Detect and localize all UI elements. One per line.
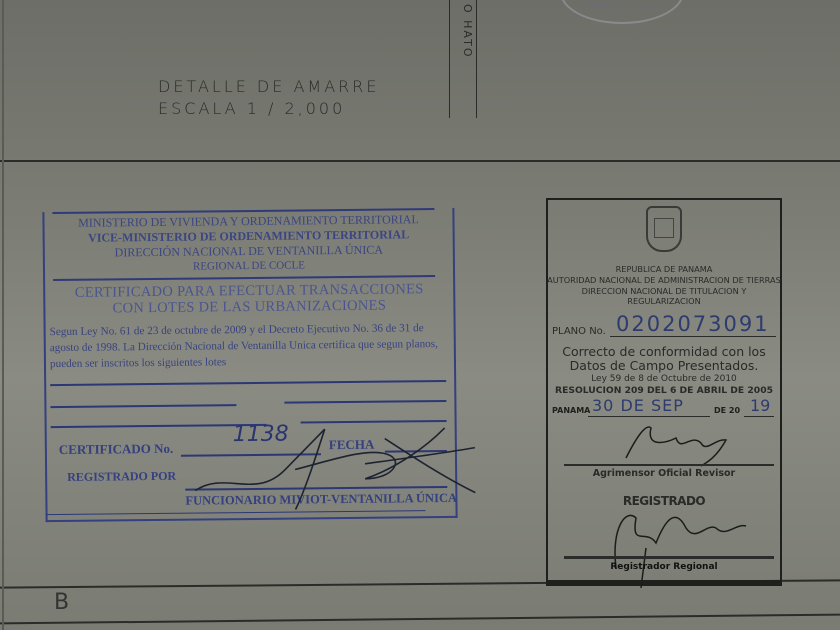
panama-label: PANAMA <box>552 406 590 415</box>
handwritten-letter: B <box>54 590 69 615</box>
drawing-border-top <box>0 160 840 162</box>
revisor-signature <box>606 418 746 468</box>
year-label: DE 20 <box>714 406 740 415</box>
top-seal-text: ENDA Y ORDENAMIE <box>588 2 659 10</box>
registrado-por-label: REGISTRADO POR <box>67 469 176 485</box>
registrador-signature <box>586 488 766 588</box>
revisor-label: Agrimensor Oficial Revisor <box>546 468 782 479</box>
certificate-body: Segun Ley No. 61 de 23 de octubre de 200… <box>50 320 448 372</box>
correcto-line-1: Correcto de conformidad con los <box>546 344 782 359</box>
date-line <box>588 416 710 417</box>
top-seal: ENDA Y ORDENAMIE <box>560 0 684 24</box>
certificado-label: CERTIFICADO No. <box>59 441 174 458</box>
plano-number: 0202073091 <box>616 312 770 336</box>
coat-of-arms-icon <box>646 206 682 252</box>
resolucion-label: RESOLUCION 209 DEL 6 DE ABRIL DE 2005 <box>546 385 782 396</box>
miviot-certificate-stamp: MINISTERIO DE VIVIENDA Y ORDENAMIENTO TE… <box>42 208 457 522</box>
year-line <box>744 416 774 417</box>
year-value: 19 <box>750 396 770 415</box>
escala-label: ESCALA 1 / 2,000 <box>158 98 379 120</box>
direccion-label: DIRECCION NACIONAL DE TITULACION Y REGUL… <box>546 286 782 306</box>
date-value: 30 DE SEP <box>592 396 684 415</box>
page-rule-2 <box>0 614 840 625</box>
ley-label: Ley 59 de 8 de Octubre de 2010 <box>546 374 782 384</box>
revisor-line <box>564 464 774 466</box>
republica-label: REPUBLICA DE PANAMA <box>546 264 782 274</box>
autoridad-label: AUTORIDAD NACIONAL DE ADMINISTRACION DE … <box>546 275 782 285</box>
registrador-label: Registrador Regional <box>546 562 782 572</box>
road-label: O HATO <box>450 4 474 58</box>
detalle-title: DETALLE DE AMARRE <box>158 76 379 98</box>
registrador-line <box>564 556 774 559</box>
anati-plano-stamp: REPUBLICA DE PANAMA AUTORIDAD NACIONAL D… <box>546 198 782 586</box>
detalle-amarre-label: DETALLE DE AMARRE ESCALA 1 / 2,000 <box>158 76 379 120</box>
left-page-edge <box>2 0 4 630</box>
plano-label: PLANO No. <box>552 326 606 337</box>
plano-line <box>610 336 776 337</box>
road-line-right <box>476 0 477 118</box>
blue-signature <box>164 408 485 521</box>
correcto-line-2: Datos de Campo Presentados. <box>546 358 782 373</box>
